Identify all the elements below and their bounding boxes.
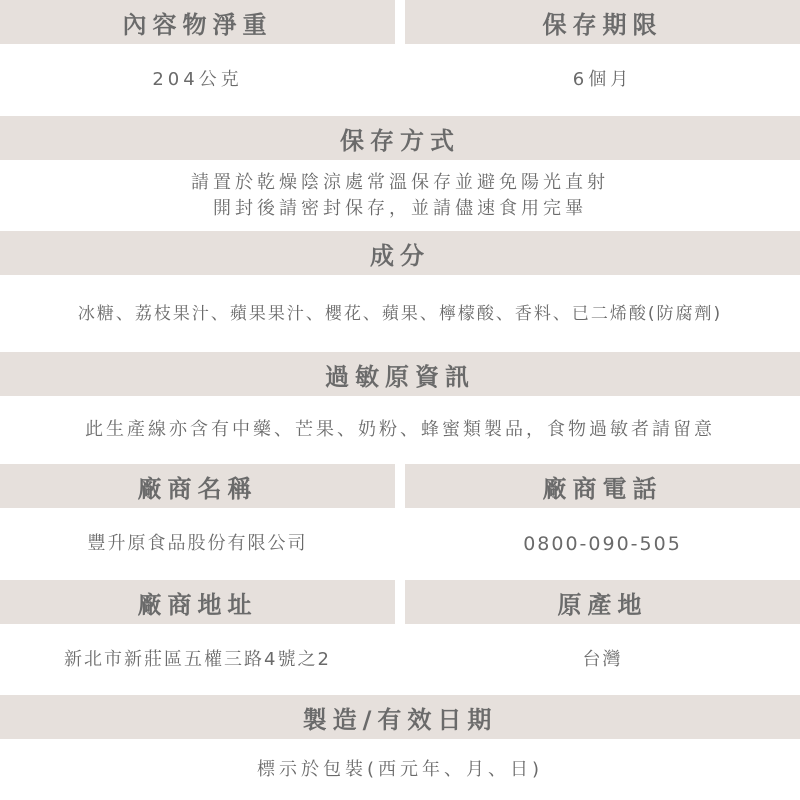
net-weight-value-cell: 204公克 bbox=[0, 44, 395, 116]
ingredients-label: 成分 bbox=[370, 236, 430, 271]
net-weight-label: 內容物淨重 bbox=[123, 5, 273, 40]
origin-label: 原產地 bbox=[558, 585, 648, 620]
manufacturer-phone-header: 廠商電話 bbox=[405, 464, 800, 508]
allergen-header: 過敏原資訊 bbox=[0, 352, 800, 396]
origin-header: 原產地 bbox=[405, 580, 800, 624]
dates-value-cell: 標示於包裝(西元年、月、日) bbox=[0, 739, 800, 800]
manufacturer-name-header: 廠商名稱 bbox=[0, 464, 395, 508]
shelf-life-value-cell: 6個月 bbox=[405, 44, 800, 116]
manufacturer-address-value: 新北市新莊區五權三路4號之2 bbox=[64, 647, 331, 673]
ingredients-value: 冰糖、荔枝果汁、蘋果果汁、櫻花、蘋果、檸檬酸、香料、已二烯酸(防腐劑) bbox=[78, 301, 722, 327]
storage-header: 保存方式 bbox=[0, 116, 800, 160]
dates-label: 製造/有效日期 bbox=[303, 700, 498, 735]
storage-line-2: 開封後請密封保存，並請儘速食用完畢 bbox=[213, 196, 587, 222]
storage-label: 保存方式 bbox=[340, 121, 460, 156]
ingredients-header: 成分 bbox=[0, 231, 800, 275]
storage-value-cell: 請置於乾燥陰涼處常溫保存並避免陽光直射 開封後請密封保存，並請儘速食用完畢 bbox=[0, 160, 800, 231]
allergen-value-cell: 此生產線亦含有中藥、芒果、奶粉、蜂蜜類製品，食物過敏者請留意 bbox=[0, 396, 800, 464]
dates-header: 製造/有效日期 bbox=[0, 695, 800, 739]
shelf-life-header: 保存期限 bbox=[405, 0, 800, 44]
net-weight-header: 內容物淨重 bbox=[0, 0, 395, 44]
origin-value: 台灣 bbox=[583, 647, 623, 673]
origin-value-cell: 台灣 bbox=[405, 624, 800, 695]
manufacturer-name-label: 廠商名稱 bbox=[138, 469, 258, 504]
manufacturer-address-header: 廠商地址 bbox=[0, 580, 395, 624]
manufacturer-address-value-cell: 新北市新莊區五權三路4號之2 bbox=[0, 624, 395, 695]
manufacturer-phone-value: 0800-090-505 bbox=[523, 531, 682, 557]
allergen-label: 過敏原資訊 bbox=[325, 357, 475, 392]
manufacturer-address-label: 廠商地址 bbox=[138, 585, 258, 620]
ingredients-value-cell: 冰糖、荔枝果汁、蘋果果汁、櫻花、蘋果、檸檬酸、香料、已二烯酸(防腐劑) bbox=[0, 275, 800, 352]
manufacturer-phone-label: 廠商電話 bbox=[543, 469, 663, 504]
dates-value: 標示於包裝(西元年、月、日) bbox=[257, 757, 543, 783]
net-weight-value: 204公克 bbox=[152, 67, 242, 93]
shelf-life-value: 6個月 bbox=[573, 67, 632, 93]
manufacturer-name-value: 豐升原食品股份有限公司 bbox=[88, 531, 308, 557]
allergen-value: 此生產線亦含有中藥、芒果、奶粉、蜂蜜類製品，食物過敏者請留意 bbox=[85, 417, 715, 443]
manufacturer-phone-value-cell: 0800-090-505 bbox=[405, 508, 800, 580]
manufacturer-name-value-cell: 豐升原食品股份有限公司 bbox=[0, 508, 395, 580]
storage-line-1: 請置於乾燥陰涼處常溫保存並避免陽光直射 bbox=[191, 170, 609, 196]
shelf-life-label: 保存期限 bbox=[543, 5, 663, 40]
